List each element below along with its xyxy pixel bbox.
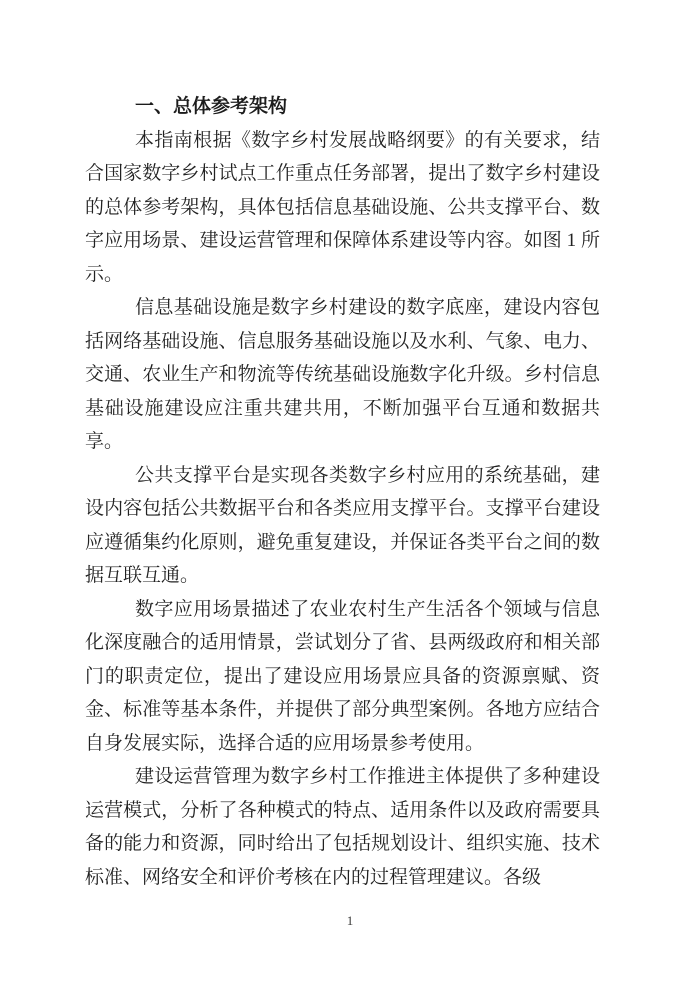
page-number: 1 (0, 913, 700, 929)
paragraph-overview: 本指南根据《数字乡村发展战略纲要》的有关要求，结合国家数字乡村试点工作重点任务部… (85, 124, 600, 292)
paragraph-info-infrastructure: 信息基础设施是数字乡村建设的数字底座，建设内容包括网络基础设施、信息服务基础设施… (85, 291, 600, 459)
document-content: 一、总体参考架构 本指南根据《数字乡村发展战略纲要》的有关要求，结合国家数字乡村… (85, 90, 600, 894)
paragraph-operation-management: 建设运营管理为数字乡村工作推进主体提供了多种建设运营模式，分析了各种模式的特点、… (85, 760, 600, 894)
document-page: 一、总体参考架构 本指南根据《数字乡村发展战略纲要》的有关要求，结合国家数字乡村… (0, 0, 700, 990)
paragraph-public-platform: 公共支撑平台是实现各类数字乡村应用的系统基础，建设内容包括公共数据平台和各类应用… (85, 459, 600, 593)
section-heading: 一、总体参考架构 (85, 90, 600, 124)
paragraph-digital-scenarios: 数字应用场景描述了农业农村生产生活各个领域与信息化深度融合的适用情景，尝试划分了… (85, 593, 600, 761)
